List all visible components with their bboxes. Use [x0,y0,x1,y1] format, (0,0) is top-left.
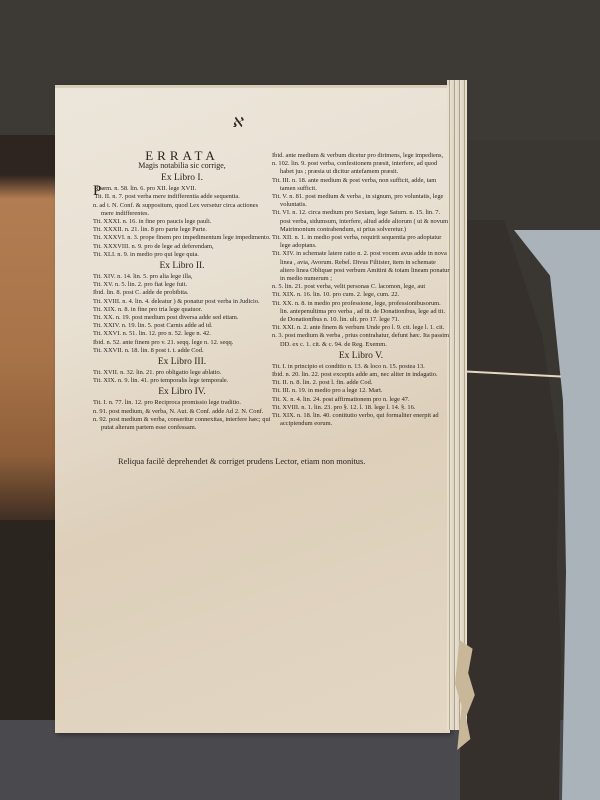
errata-entry: n. 91. post medium, & verba, N. Aut. & C… [93,408,271,416]
errata-entry: Tit. XIX. n. 9. lin. 41. pro temporalis … [93,377,271,385]
errata-entry: Tit. XXIV. n. 19. lin. 5. post Carnis ad… [93,322,271,330]
right-column: Ibid. ante medium & verbum dicetur pro d… [272,152,450,429]
errata-entry: n. 5. lin. 21. post verba, velit persona… [272,283,450,291]
book1-heading: Ex Libro I. [93,172,271,184]
book3-heading: Ex Libro III. [93,356,271,368]
errata-entry: Tit. XVIII. n. 4. lin. 4. deleatur ) & p… [93,298,271,306]
errata-entry: Tit. XVIII. n. 1. lin. 23. pro §. 12. l.… [272,404,450,412]
errata-entry: PRoæm. n. 58. lin. 6. pro XII. lege XVII… [93,185,271,193]
errata-entry: Tit. XXVI. n. 51. lin. 12. pro n. 52. le… [93,330,271,338]
errata-title: ERRATA [93,152,271,160]
errata-entry: Tit. XIX. n. 16. lin. 10. pro cum. 2. le… [272,291,450,299]
errata-entry: Tit. II. n. 8. lin. 2. post l. fin. adde… [272,379,450,387]
errata-entry: Ibid. ante medium & verbum dicetur pro d… [272,152,450,160]
errata-entry: Tit. XIV. n. 14. lin. 5. pro alia lege i… [93,273,271,281]
errata-entry: Tit. XV. n. 5. lin. 2. pro fiat lege fui… [93,281,271,289]
errata-entry: n. 3. post medium & verba , prius contra… [272,332,450,348]
errata-entry: Tit. X. n. 4. lin. 24. post affirmatione… [272,396,450,404]
errata-footer-note: Reliqua facilè deprehendet & corriget pr… [118,457,448,466]
errata-entry: Tit. III. n. 18. ante medium & post verb… [272,177,450,193]
errata-entry: Tit. XLI. n. 9. in medio pro qui lege qu… [93,251,271,259]
errata-entry: n. ad i. N. Conf. & suppositum, quod Lex… [93,202,271,218]
errata-entry: Tit. XXXI. n. 16. in fine pro paucis leg… [93,218,271,226]
errata-entry: Tit. XXXVI. n. 3. prope finem pro impedi… [93,234,271,242]
errata-entry: Tit. XIX. n. 8. in fine pro tria lege qu… [93,306,271,314]
book2-heading: Ex Libro II. [93,260,271,272]
errata-entry: Tit. II. n. 7. post verba mere indiffere… [93,193,271,201]
errata-entry: Ibid. n. 20. lin. 22. post exceptis adde… [272,371,450,379]
errata-entry: Tit. XXXII. n. 21. lin. 8 pro parte lege… [93,226,271,234]
page-edges [447,80,467,730]
errata-entry: Tit. XX. n. 19. post medium post diversa… [93,314,271,322]
errata-entry: Tit. XXVII. n. 18. lin. 8 post t. t. add… [93,347,271,355]
errata-entry: Tit. XXI. n. 2. ante finem & verbum Unde… [272,324,450,332]
errata-entry: Tit. III. n. 19. in medio pro a lege 12.… [272,387,450,395]
errata-entry: Tit. XVII. n. 32. lin. 21. pro obligatio… [93,369,271,377]
errata-entry: Tit. XIX. n. 18. lin. 40. contitutio ver… [272,412,450,428]
errata-entry: Tit. I. in principio ei conditio n. 13. … [272,363,450,371]
book5-heading: Ex Libro V. [272,350,450,362]
errata-entry: Tit. VI. n. 12. circa medium pro Sextam,… [272,209,450,234]
errata-entry: Tit. XII. n. 1. in medio post verba, req… [272,234,450,250]
errata-entry: Tit. XX. n. 8. in medio pro professione,… [272,300,450,325]
errata-entry: Ibid. n. 52. ante finem pro v. 21. seqq.… [93,339,271,347]
errata-entry: Tit. V. n. 81. post medium & verba , in … [272,193,450,209]
book4-heading: Ex Libro IV. [93,386,271,398]
left-column: ERRATA Magis notabilia sic corrige, Ex L… [93,152,271,432]
errata-entry: n. 102. lin. 9. post verba, confestionem… [272,160,450,176]
errata-entry: Tit. XIV. in schemate latere ratio n. 2.… [272,250,450,283]
errata-subtitle: Magis notabilia sic corrige, [93,161,271,171]
errata-entry: Tit. I. n. 77. lin. 12. pro Reciproca pr… [93,399,271,407]
signature-mark: ℵ [232,115,242,132]
errata-entry: n. 92. post medium & verba, conseritur c… [93,416,271,432]
errata-entry: Tit. XXXVIII. n. 9. pro de lege ad defer… [93,243,271,251]
errata-entry: Ibid. lin. 8. post C. adde de probibita. [93,289,271,297]
